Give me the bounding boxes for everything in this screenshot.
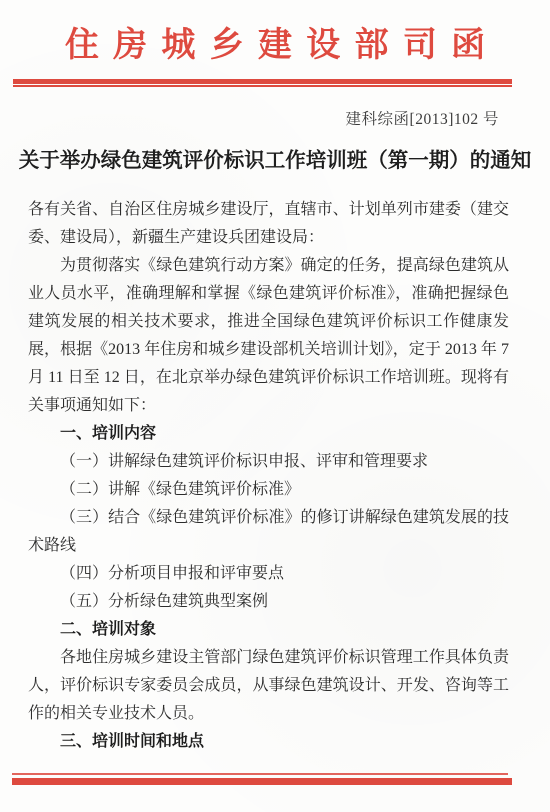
paragraph-body: （三）结合《绿色建筑评价标准》的修订讲解绿色建筑发展的技术路线	[28, 504, 509, 560]
paragraph-body: 为贯彻落实《绿色建筑行动方案》确定的任务，提高绿色建筑从业人员水平，准确理解和掌…	[28, 252, 509, 420]
paragraph-heading: 三、培训时间和地点	[28, 728, 509, 756]
paragraph-heading: 二、培训对象	[28, 616, 509, 644]
paragraph-body: （五）分析绿色建筑典型案例	[28, 588, 509, 616]
document-page: 住房城乡建设部司函 建科综函[2013]102 号 关于举办绿色建筑评价标识工作…	[0, 0, 550, 812]
header-divider	[13, 79, 512, 87]
paragraph-heading: 一、培训内容	[28, 420, 509, 448]
header-divider-thin-bar	[13, 85, 512, 87]
paragraph-body: （二）讲解《绿色建筑评价标准》	[28, 476, 509, 504]
masthead-title: 住房城乡建设部司函	[0, 26, 550, 66]
document-title: 关于举办绿色建筑评价标识工作培训班（第一期）的通知	[0, 149, 550, 174]
document-body: 各有关省、自治区住房城乡建设厅，直辖市、计划单列市建委（建交委、建设局），新疆生…	[28, 196, 509, 756]
footer-divider-thick-bar	[12, 778, 512, 785]
paragraph-body: （四）分析项目申报和评审要点	[28, 560, 509, 588]
paragraph-body: 各地住房城乡建设主管部门绿色建筑评价标识管理工作具体负责人，评价标识专家委员会成…	[28, 644, 509, 728]
paragraph-salutation: 各有关省、自治区住房城乡建设厅，直辖市、计划单列市建委（建交委、建设局），新疆生…	[28, 196, 509, 252]
footer-divider-thin-bar	[12, 773, 508, 775]
header-divider-thick-bar	[13, 79, 512, 84]
document-number: 建科综函[2013]102 号	[346, 111, 499, 129]
paragraph-body: （一）讲解绿色建筑评价标识申报、评审和管理要求	[28, 448, 509, 476]
